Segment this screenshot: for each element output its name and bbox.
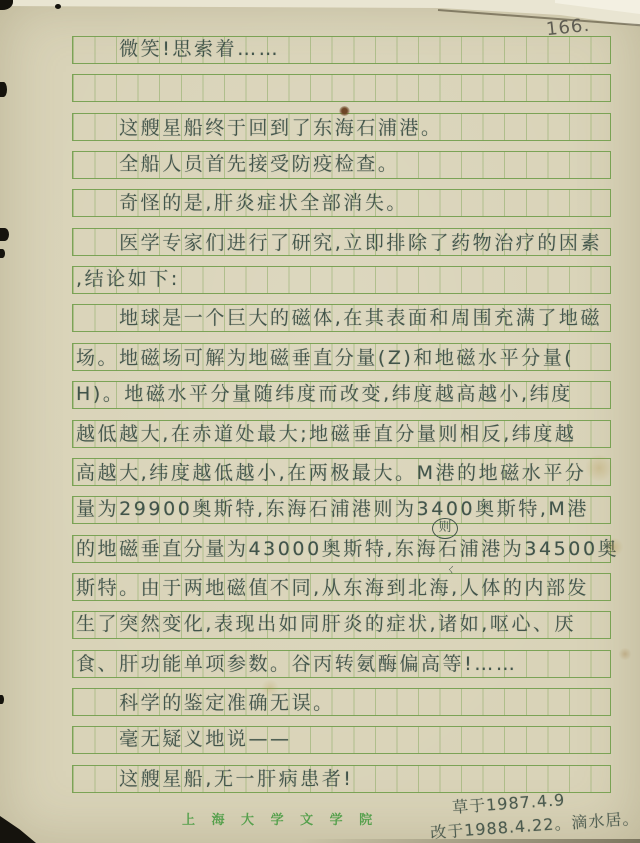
manuscript-row: 量为29900奥斯特,东海石浦港则为3400奥斯特,M港 — [72, 496, 611, 524]
manuscript-row: ,结论如下: — [72, 266, 611, 294]
overlapping-sheet-edge — [0, 0, 640, 30]
torn-corner — [0, 813, 36, 843]
handwritten-line: 这艘星船,无一肝病患者! — [119, 767, 353, 792]
handwritten-line: 地球是一个巨大的磁体,在其表面和周围充满了地磁 — [119, 306, 602, 331]
handwritten-line: 量为29900奥斯特,东海石浦港则为3400奥斯特,M港 — [76, 497, 589, 522]
speck-mark — [55, 4, 61, 9]
footer-institution-print: 上 海 大 学 文 学 院 — [182, 809, 378, 828]
handwritten-line: 奇怪的是,肝炎症状全部消失。 — [119, 191, 408, 216]
page-edge-shadow — [300, 839, 640, 843]
handwritten-line: 这艘星船终于回到了东海石浦港。 — [119, 116, 442, 141]
torn-edge-mark — [0, 249, 5, 258]
handwritten-line: 科学的鉴定准确无误。 — [119, 691, 335, 716]
manuscript-row: 地球是一个巨大的磁体,在其表面和周围充满了地磁 — [72, 304, 611, 332]
manuscript-row: 生了突然变化,表现出如同肝炎的症状,诸如,呕心、厌 — [72, 611, 611, 639]
handwritten-line: 场。地磁场可解为地磁垂直分量(Z)和地磁水平分量( — [76, 346, 574, 371]
manuscript-paper: 166. 微笑!思索着……这艘星船终于回到了东海石浦港。全船人员首先接受防疫检查… — [0, 0, 640, 843]
handwritten-line: 毫无疑义地说—— — [119, 727, 291, 752]
paper-stain — [618, 648, 632, 660]
manuscript-row: 这艘星船终于回到了东海石浦港。 — [72, 113, 611, 141]
manuscript-row: 高越大,纬度越低越小,在两极最大。M港的地磁水平分 — [72, 458, 611, 486]
torn-edge-mark — [0, 82, 7, 97]
inserted-character-annotation: 则 — [432, 518, 458, 539]
handwritten-line: 微笑!思索着…… — [119, 37, 280, 62]
torn-edge-mark — [0, 0, 13, 10]
torn-edge-mark — [0, 228, 9, 241]
manuscript-row: 斯特。由于两地磁值不同,从东海到北海,人体的内部发 — [72, 573, 611, 601]
manuscript-row: 微笑!思索着…… — [72, 36, 611, 64]
handwritten-line: 的地磁垂直分量为43000奥斯特,东海石浦港为34500奥 — [76, 537, 619, 562]
manuscript-row: 越低越大,在赤道处最大;地磁垂直分量则相反,纬度越 — [72, 420, 611, 448]
handwritten-line: 高越大,纬度越低越小,在两极最大。M港的地磁水平分 — [76, 461, 586, 486]
handwritten-line: ,结论如下: — [76, 267, 180, 292]
torn-edge-mark — [0, 695, 4, 704]
handwritten-line: 医学专家们进行了研究,立即排除了药物治疗的因素 — [119, 231, 602, 256]
handwritten-line: H)。地磁水平分量随纬度而改变,纬度越高越小,纬度 — [76, 382, 573, 407]
manuscript-row: 全船人员首先接受防疫检查。 — [72, 151, 611, 179]
manuscript-row: H)。地磁水平分量随纬度而改变,纬度越高越小,纬度 — [72, 381, 611, 409]
handwritten-line: 生了突然变化,表现出如同肝炎的症状,诸如,呕心、厌 — [76, 612, 576, 637]
handwritten-line: 全船人员首先接受防疫检查。 — [119, 152, 399, 177]
handwritten-line: 食、肝功能单项参数。谷丙转氨酶偏高等!…… — [76, 652, 517, 677]
manuscript-row — [72, 74, 611, 102]
manuscript-row: 毫无疑义地说—— — [72, 726, 611, 754]
handwritten-line: 斯特。由于两地磁值不同,从东海到北海,人体的内部发 — [76, 576, 589, 601]
manuscript-row: 奇怪的是,肝炎症状全部消失。 — [72, 189, 611, 217]
manuscript-row: 科学的鉴定准确无误。 — [72, 688, 611, 716]
handwritten-line: 越低越大,在赤道处最大;地磁垂直分量则相反,纬度越 — [76, 422, 576, 447]
manuscript-row: 食、肝功能单项参数。谷丙转氨酶偏高等!…… — [72, 650, 611, 678]
manuscript-row: 的地磁垂直分量为43000奥斯特,东海石浦港为34500奥 — [72, 535, 611, 563]
manuscript-row: 场。地磁场可解为地磁垂直分量(Z)和地磁水平分量( — [72, 343, 611, 371]
manuscript-row: 医学专家们进行了研究,立即排除了药物治疗的因素 — [72, 228, 611, 256]
